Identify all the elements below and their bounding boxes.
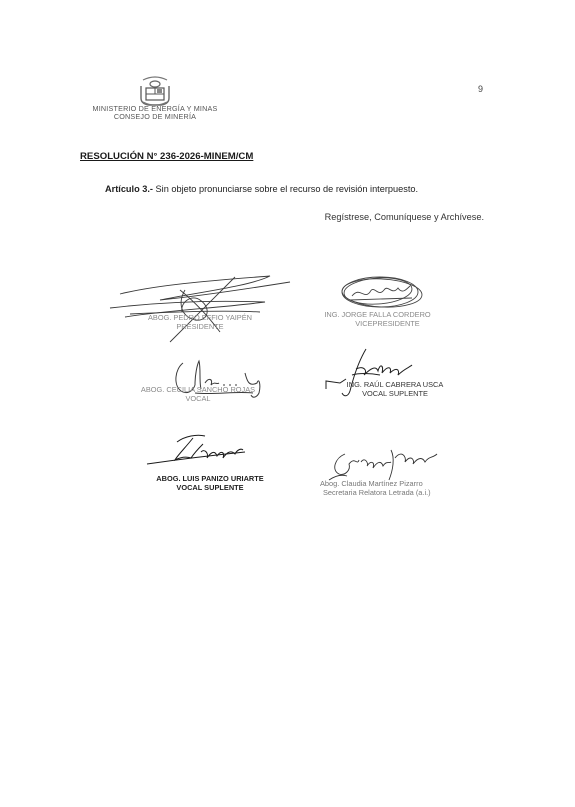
signatory-name: Abog. Claudia Martínez Pizarro [320, 479, 460, 488]
article-3: Artículo 3.- Sin objeto pronunciarse sob… [105, 184, 418, 194]
signatory-6: Abog. Claudia Martínez Pizarro Secretari… [320, 479, 460, 497]
signatory-role: PRESIDENTE [120, 322, 280, 331]
resolution-title: RESOLUCIÓN N° 236-2026-MINEM/CM [80, 151, 253, 162]
signatory-1: ABOG. PEDRO EFFIO YAIPÉN PRESIDENTE [120, 313, 280, 331]
page-number: 9 [478, 84, 483, 94]
signatory-name: ABOG. PEDRO EFFIO YAIPÉN [120, 313, 280, 322]
signatory-5: ABOG. LUIS PANIZO URIARTE VOCAL SUPLENTE [130, 474, 290, 492]
signature-scribble-5 [145, 430, 255, 470]
signatory-name: ING. RAÚL CABRERA USCA [335, 380, 455, 389]
article-text: Sin objeto pronunciarse sobre el recurso… [153, 184, 418, 194]
signatory-role: VOCAL SUPLENTE [130, 483, 290, 492]
signatory-role: VOCAL [118, 394, 278, 403]
signatory-name: ABOG. LUIS PANIZO URIARTE [130, 474, 290, 483]
signatory-3: ABOG. CECILIA SANCHO ROJAS VOCAL [118, 385, 278, 403]
ministry-line-2: CONSEJO DE MINERÍA [60, 113, 250, 121]
closing-formula: Regístrese, Comuníquese y Archívese. [305, 212, 484, 222]
signatory-2: ING. JORGE FALLA CORDERO VICEPRESIDENTE [295, 310, 460, 328]
signatory-name: ING. JORGE FALLA CORDERO [295, 310, 460, 319]
signatory-role: Secretaria Relatora Letrada (a.i.) [320, 488, 460, 497]
peru-coat-of-arms-icon [135, 74, 175, 108]
signature-scribble-2 [330, 270, 430, 315]
signatory-role: VICEPRESIDENTE [295, 319, 460, 328]
signature-scribble-1 [100, 272, 300, 352]
article-label: Artículo 3.- [105, 184, 153, 194]
signatory-name: ABOG. CECILIA SANCHO ROJAS [118, 385, 278, 394]
signatory-role: VOCAL SUPLENTE [335, 389, 455, 398]
signatory-4: ING. RAÚL CABRERA USCA VOCAL SUPLENTE [335, 380, 455, 398]
ministry-name: MINISTERIO DE ENERGÍA Y MINAS CONSEJO DE… [60, 105, 250, 121]
